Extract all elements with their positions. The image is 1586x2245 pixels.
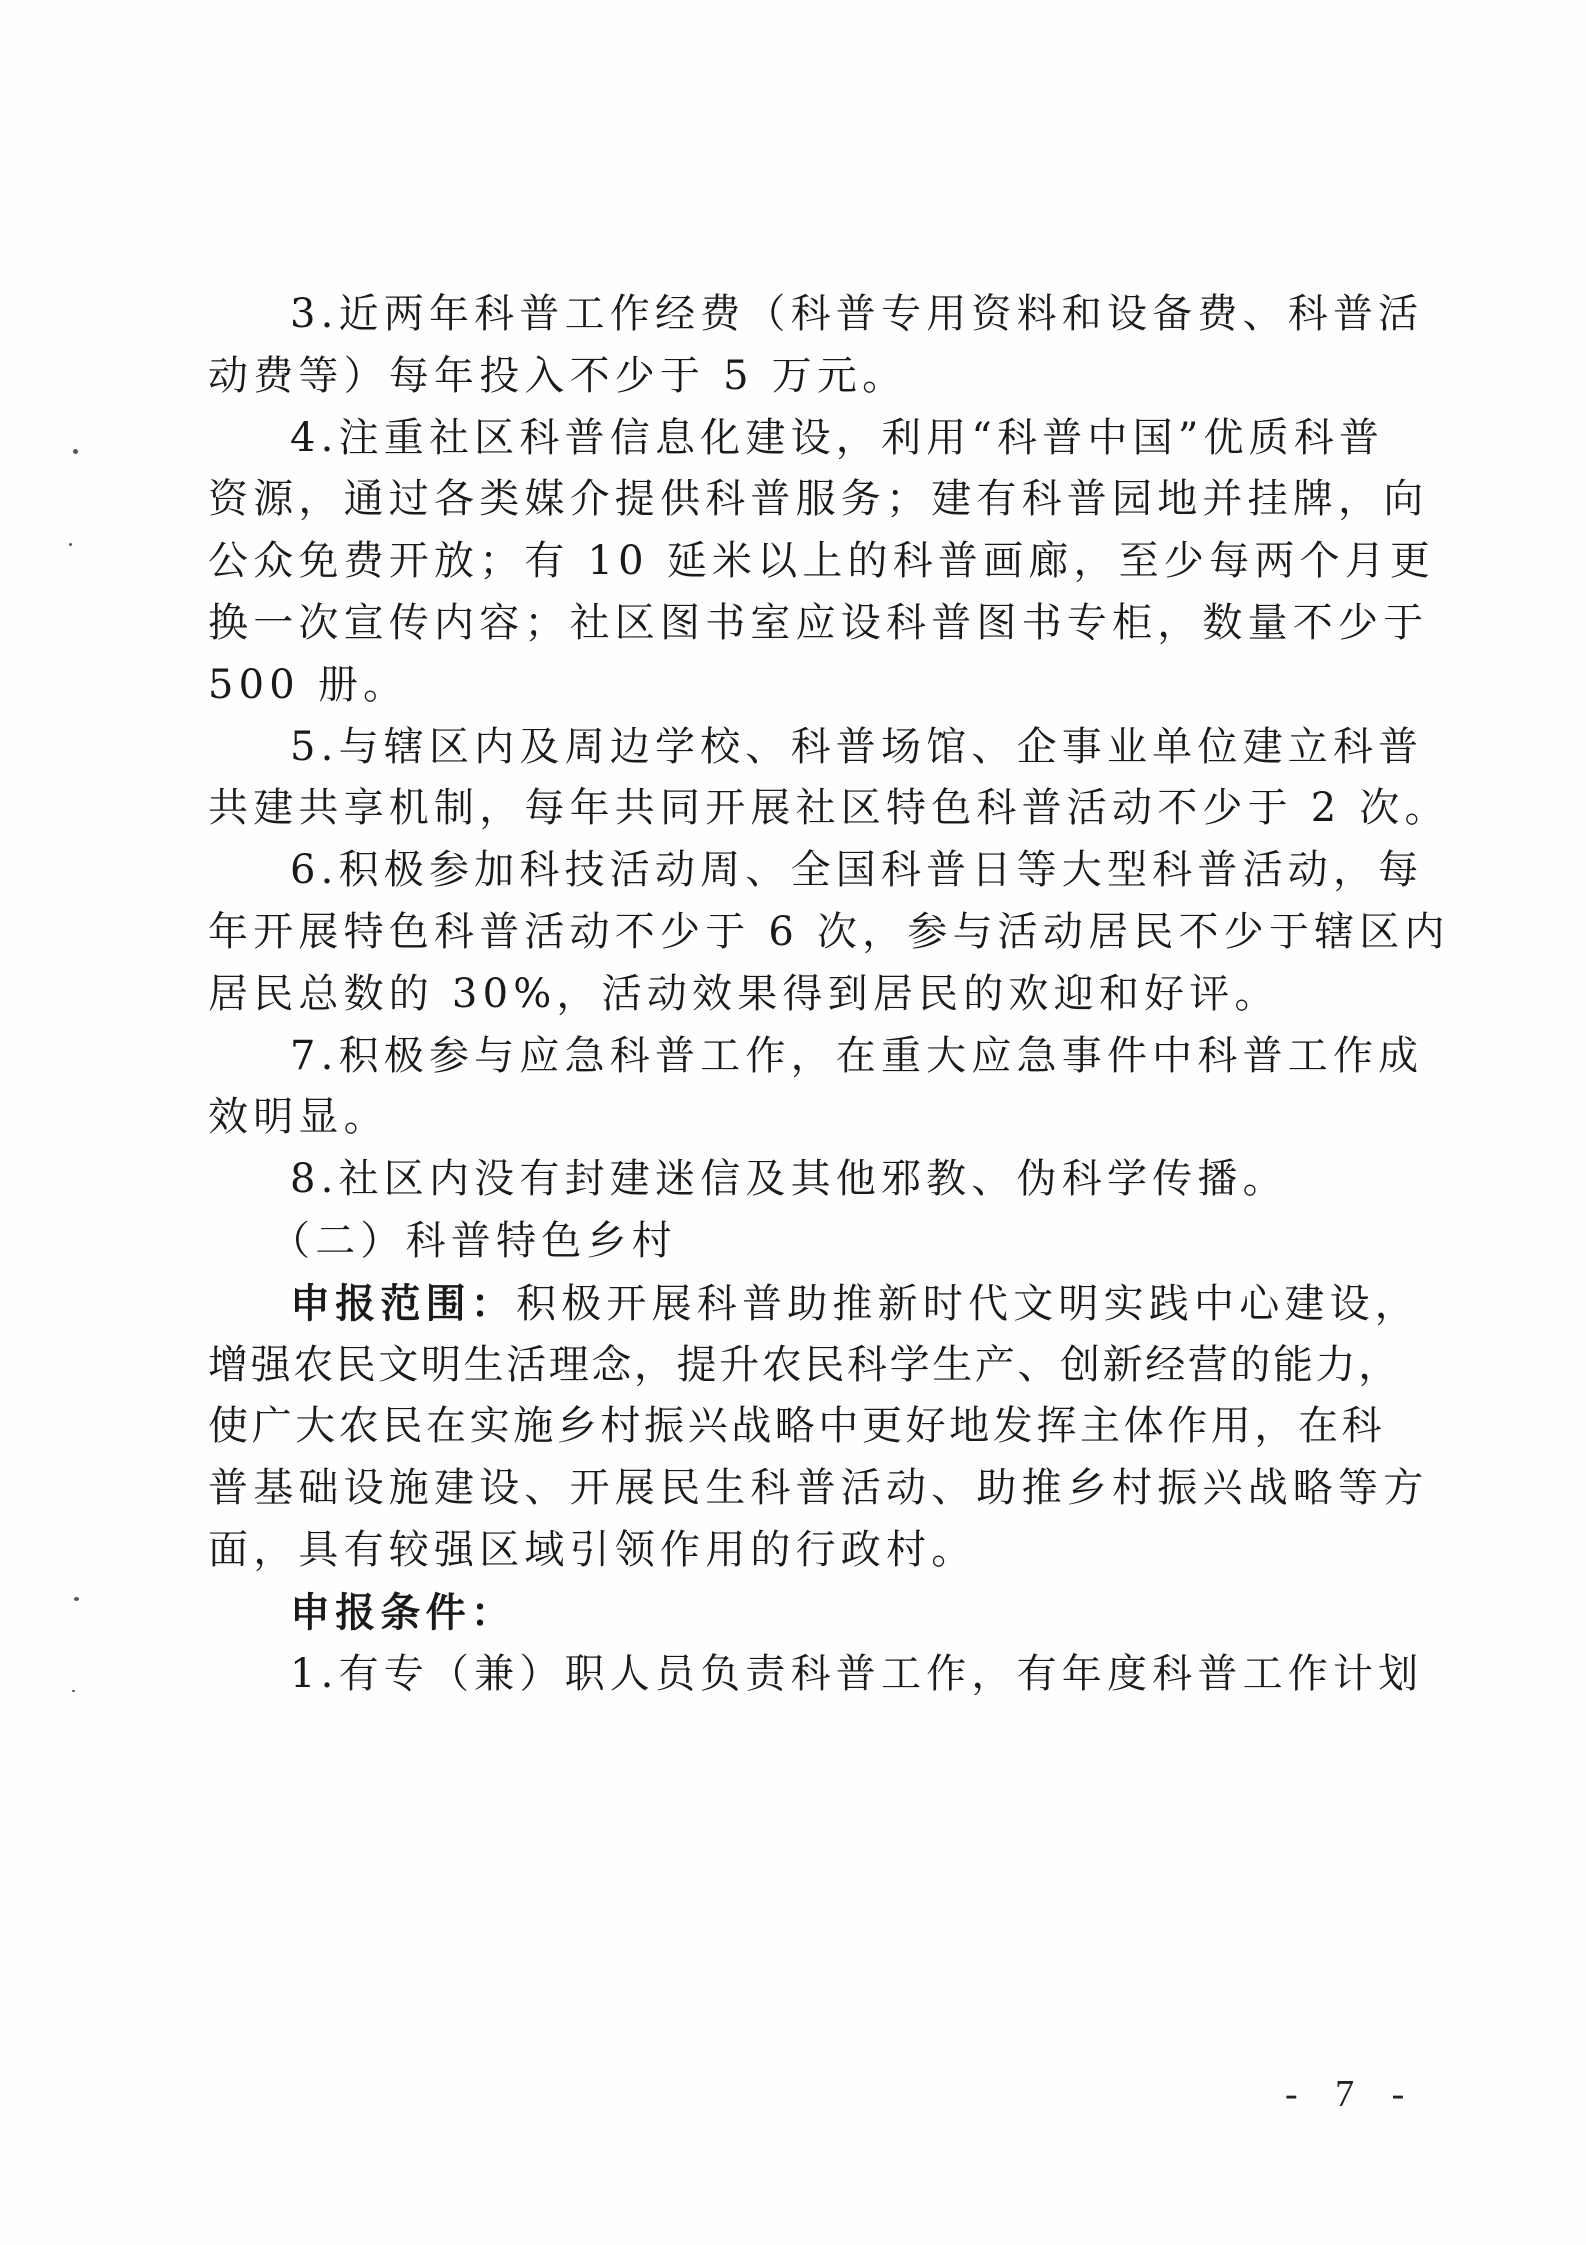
document-body: 3.近两年科普工作经费（科普专用资料和设备费、科普活 动费等）每年投入不少于 5… — [208, 284, 1378, 1705]
requirement-item-7: 7.积极参与应急科普工作，在重大应急事件中科普工作成 效明显。 — [208, 1026, 1378, 1150]
paragraph-line: 面，具有较强区域引领作用的行政村。 — [208, 1520, 1378, 1582]
scan-speck — [73, 449, 78, 454]
paragraph-line: 申报范围：积极开展科普助推新时代文明实践中心建设， — [208, 1273, 1378, 1335]
requirement-item-4: 4.注重社区科普信息化建设，利用“科普中国”优质科普 资源，通过各类媒介提供科普… — [208, 408, 1378, 717]
paragraph-line: 普基础设施建设、开展民生科普活动、助推乡村振兴战略等方 — [208, 1458, 1378, 1520]
paragraph-line: 8.社区内没有封建迷信及其他邪教、伪科学传播。 — [208, 1149, 1378, 1211]
paragraph-line: 公众免费开放；有 10 延米以上的科普画廊，至少每两个月更 — [208, 531, 1378, 593]
paragraph-line: 使广大农民在实施乡村振兴战略中更好地发挥主体作用，在科 — [208, 1396, 1378, 1458]
paragraph-line: 年开展特色科普活动不少于 6 次，参与活动居民不少于辖区内 — [208, 902, 1378, 964]
paragraph-line: 4.注重社区科普信息化建设，利用“科普中国”优质科普 — [208, 408, 1378, 470]
paragraph-line: 5.与辖区内及周边学校、科普场馆、企事业单位建立科普 — [208, 717, 1378, 779]
scope-text: 积极开展科普助推新时代文明实践中心建设， — [516, 1281, 1420, 1327]
conditions-paragraph: 申报条件： 1.有专（兼）职人员负责科普工作，有年度科普工作计划 — [208, 1582, 1378, 1706]
paragraph-line: 7.积极参与应急科普工作，在重大应急事件中科普工作成 — [208, 1026, 1378, 1088]
page-number: - 7 - — [1285, 2072, 1418, 2116]
paragraph-line: 6.积极参加科技活动周、全国科普日等大型科普活动，每 — [208, 840, 1378, 902]
scan-speck — [72, 1690, 75, 1692]
scan-speck — [69, 543, 72, 546]
paragraph-line: 居民总数的 30%，活动效果得到居民的欢迎和好评。 — [208, 964, 1378, 1026]
paragraph-line: 资源，通过各类媒介提供科普服务；建有科普园地并挂牌，向 — [208, 469, 1378, 531]
paragraph-line: 3.近两年科普工作经费（科普专用资料和设备费、科普活 — [208, 284, 1378, 346]
paragraph-line: 共建共享机制，每年共同开展社区特色科普活动不少于 2 次。 — [208, 778, 1378, 840]
scope-paragraph: 申报范围：积极开展科普助推新时代文明实践中心建设， 增强农民文明生活理念，提升农… — [208, 1273, 1378, 1582]
requirement-item-6: 6.积极参加科技活动周、全国科普日等大型科普活动，每 年开展特色科普活动不少于 … — [208, 840, 1378, 1025]
requirement-item-3: 3.近两年科普工作经费（科普专用资料和设备费、科普活 动费等）每年投入不少于 5… — [208, 284, 1378, 408]
paragraph-line: 1.有专（兼）职人员负责科普工作，有年度科普工作计划 — [208, 1644, 1378, 1706]
paragraph-line: 效明显。 — [208, 1087, 1378, 1149]
scope-label: 申报范围： — [290, 1280, 516, 1327]
paragraph-line: 增强农民文明生活理念，提升农民科学生产、创新经营的能力， — [208, 1335, 1378, 1397]
scan-speck — [74, 1597, 79, 1601]
paragraph-line: 换一次宣传内容；社区图书室应设科普图书专柜，数量不少于 — [208, 593, 1378, 655]
paragraph-line: 动费等）每年投入不少于 5 万元。 — [208, 346, 1378, 408]
requirement-item-8: 8.社区内没有封建迷信及其他邪教、伪科学传播。 — [208, 1149, 1378, 1211]
section-heading: （二）科普特色乡村 — [208, 1211, 1378, 1273]
paragraph-line: 500 册。 — [208, 655, 1378, 717]
document-page: 3.近两年科普工作经费（科普专用资料和设备费、科普活 动费等）每年投入不少于 5… — [0, 0, 1586, 2245]
requirement-item-5: 5.与辖区内及周边学校、科普场馆、企事业单位建立科普 共建共享机制，每年共同开展… — [208, 717, 1378, 841]
conditions-label: 申报条件： — [208, 1582, 1378, 1644]
